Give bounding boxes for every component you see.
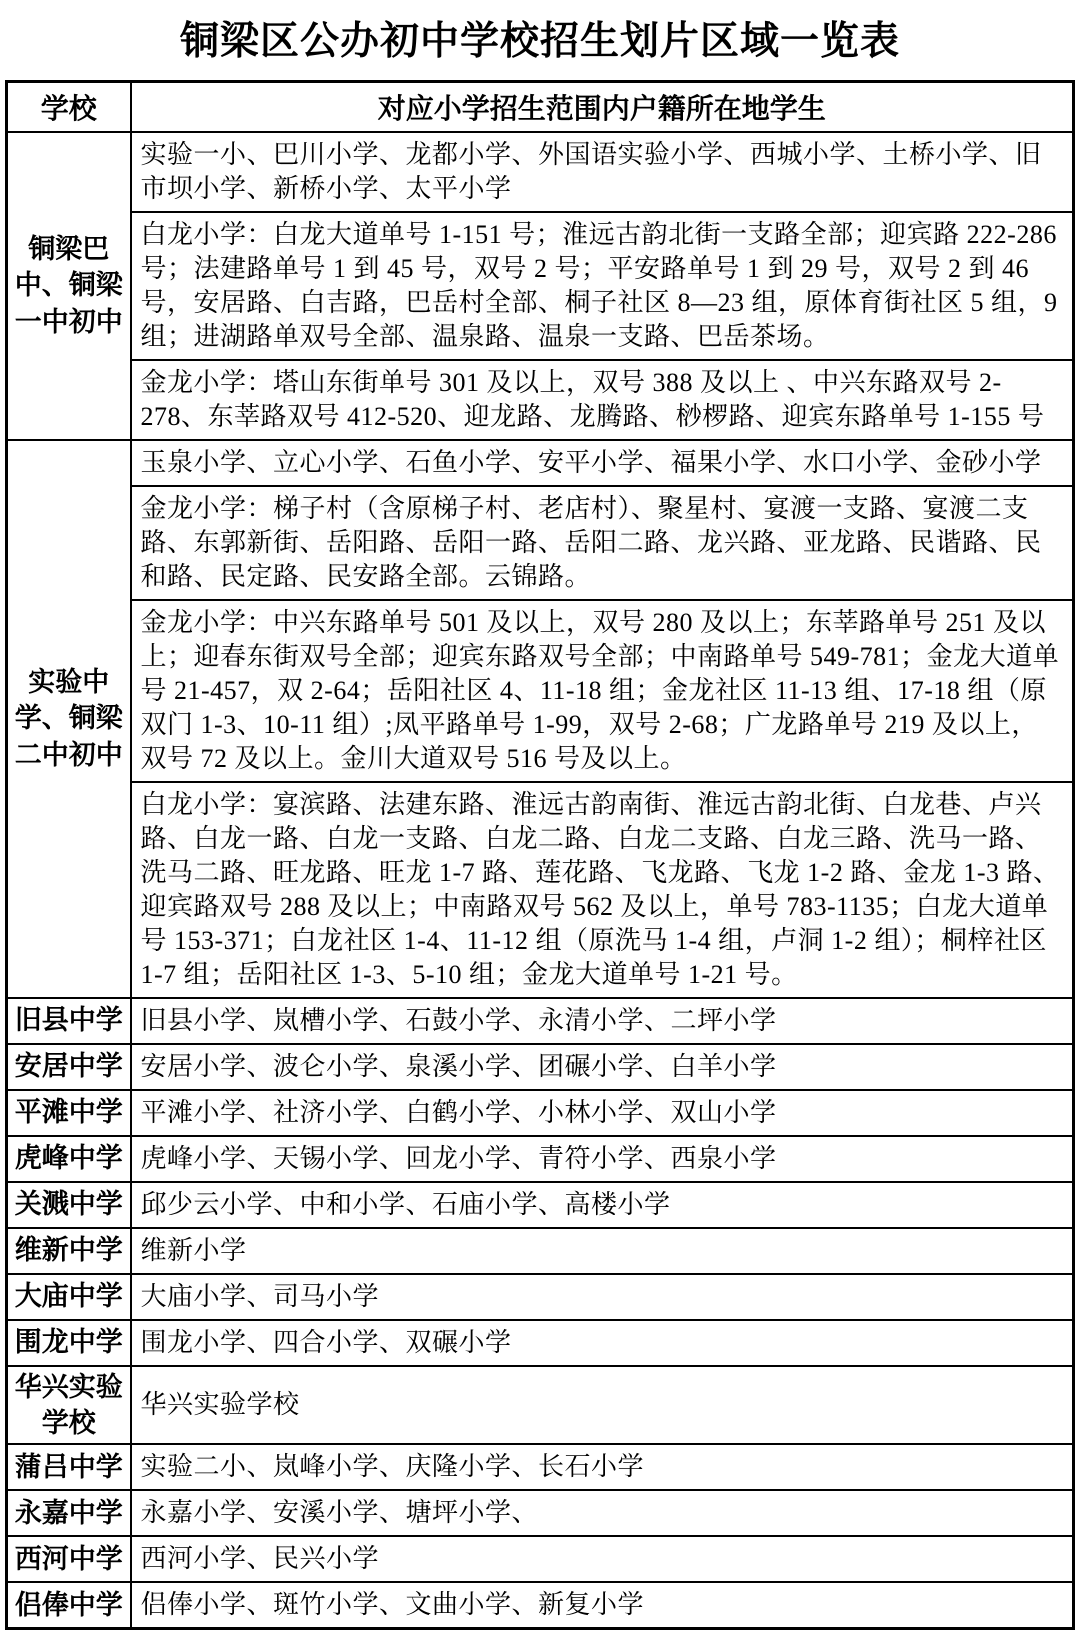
table-row: 维新中学维新小学 xyxy=(7,1228,1074,1274)
table-row: 平滩中学平滩小学、社济小学、白鹤小学、小林小学、双山小学 xyxy=(7,1090,1074,1136)
school-name: 蒲吕中学 xyxy=(7,1444,131,1490)
range-cell: 金龙小学：中兴东路单号 501 及以上，双号 280 及以上；东莘路单号 251… xyxy=(131,600,1074,782)
table-row: 大庙中学大庙小学、司马小学 xyxy=(7,1274,1074,1320)
range-cell: 白龙小学：宴滨路、法建东路、淮远古韵南街、淮远古韵北街、白龙巷、卢兴路、白龙一路… xyxy=(131,782,1074,998)
school-name: 铜梁巴中、铜梁一中初中 xyxy=(7,132,131,440)
school-zoning-table: 学校 对应小学招生范围内户籍所在地学生 铜梁巴中、铜梁一中初中实验一小、巴川小学… xyxy=(5,80,1075,1630)
header-row: 学校 对应小学招生范围内户籍所在地学生 xyxy=(7,82,1074,132)
table-row: 西河中学西河小学、民兴小学 xyxy=(7,1536,1074,1582)
range-cell: 白龙小学：白龙大道单号 1-151 号；淮远古韵北街一支路全部；迎宾路 222-… xyxy=(131,212,1074,360)
table-row: 虎峰中学虎峰小学、天锡小学、回龙小学、青符小学、西泉小学 xyxy=(7,1136,1074,1182)
table-row: 旧县中学旧县小学、岚槽小学、石鼓小学、永清小学、二坪小学 xyxy=(7,998,1074,1044)
range-cell: 平滩小学、社济小学、白鹤小学、小林小学、双山小学 xyxy=(131,1090,1074,1136)
table-row: 关溅中学邱少云小学、中和小学、石庙小学、高楼小学 xyxy=(7,1182,1074,1228)
school-name: 实验中学、铜梁二中初中 xyxy=(7,440,131,998)
school-name: 平滩中学 xyxy=(7,1090,131,1136)
table-header: 学校 对应小学招生范围内户籍所在地学生 xyxy=(7,82,1074,132)
school-name: 虎峰中学 xyxy=(7,1136,131,1182)
school-name: 侣俸中学 xyxy=(7,1582,131,1629)
range-cell: 西河小学、民兴小学 xyxy=(131,1536,1074,1582)
range-cell: 大庙小学、司马小学 xyxy=(131,1274,1074,1320)
range-cell: 永嘉小学、安溪小学、塘坪小学、 xyxy=(131,1490,1074,1536)
range-cell: 邱少云小学、中和小学、石庙小学、高楼小学 xyxy=(131,1182,1074,1228)
range-cell: 围龙小学、四合小学、双碾小学 xyxy=(131,1320,1074,1366)
range-cell: 实验二小、岚峰小学、庆隆小学、长石小学 xyxy=(131,1444,1074,1490)
table-row: 白龙小学：宴滨路、法建东路、淮远古韵南街、淮远古韵北街、白龙巷、卢兴路、白龙一路… xyxy=(7,782,1074,998)
range-cell: 维新小学 xyxy=(131,1228,1074,1274)
range-cell: 金龙小学：梯子村（含原梯子村、老店村）、聚星村、宴渡一支路、宴渡二支路、东郭新街… xyxy=(131,486,1074,600)
range-cell: 虎峰小学、天锡小学、回龙小学、青符小学、西泉小学 xyxy=(131,1136,1074,1182)
header-cell-school: 学校 xyxy=(7,82,131,132)
range-cell: 安居小学、波仑小学、泉溪小学、团碾小学、白羊小学 xyxy=(131,1044,1074,1090)
table-row: 华兴实验学校华兴实验学校 xyxy=(7,1366,1074,1445)
table-row: 金龙小学：梯子村（含原梯子村、老店村）、聚星村、宴渡一支路、宴渡二支路、东郭新街… xyxy=(7,486,1074,600)
table-body: 铜梁巴中、铜梁一中初中实验一小、巴川小学、龙都小学、外国语实验小学、西城小学、土… xyxy=(7,132,1074,1629)
school-name: 安居中学 xyxy=(7,1044,131,1090)
table-row: 永嘉中学永嘉小学、安溪小学、塘坪小学、 xyxy=(7,1490,1074,1536)
range-cell: 实验一小、巴川小学、龙都小学、外国语实验小学、西城小学、土桥小学、旧市坝小学、新… xyxy=(131,132,1074,212)
school-name: 关溅中学 xyxy=(7,1182,131,1228)
table-row: 金龙小学：中兴东路单号 501 及以上，双号 280 及以上；东莘路单号 251… xyxy=(7,600,1074,782)
range-cell: 金龙小学：塔山东街单号 301 及以上，双号 388 及以上 、中兴东路双号 2… xyxy=(131,360,1074,440)
table-row: 实验中学、铜梁二中初中玉泉小学、立心小学、石鱼小学、安平小学、福果小学、水口小学… xyxy=(7,440,1074,486)
school-name: 大庙中学 xyxy=(7,1274,131,1320)
range-cell: 旧县小学、岚槽小学、石鼓小学、永清小学、二坪小学 xyxy=(131,998,1074,1044)
table-row: 围龙中学围龙小学、四合小学、双碾小学 xyxy=(7,1320,1074,1366)
school-name: 维新中学 xyxy=(7,1228,131,1274)
range-cell: 玉泉小学、立心小学、石鱼小学、安平小学、福果小学、水口小学、金砂小学 xyxy=(131,440,1074,486)
header-cell-range: 对应小学招生范围内户籍所在地学生 xyxy=(131,82,1074,132)
school-name: 西河中学 xyxy=(7,1536,131,1582)
range-cell: 华兴实验学校 xyxy=(131,1366,1074,1445)
school-name: 围龙中学 xyxy=(7,1320,131,1366)
table-row: 金龙小学：塔山东街单号 301 及以上，双号 388 及以上 、中兴东路双号 2… xyxy=(7,360,1074,440)
table-row: 白龙小学：白龙大道单号 1-151 号；淮远古韵北街一支路全部；迎宾路 222-… xyxy=(7,212,1074,360)
table-row: 安居中学安居小学、波仑小学、泉溪小学、团碾小学、白羊小学 xyxy=(7,1044,1074,1090)
page-title: 铜梁区公办初中学校招生划片区域一览表 xyxy=(0,10,1080,66)
table-row: 铜梁巴中、铜梁一中初中实验一小、巴川小学、龙都小学、外国语实验小学、西城小学、土… xyxy=(7,132,1074,212)
table-row: 蒲吕中学实验二小、岚峰小学、庆隆小学、长石小学 xyxy=(7,1444,1074,1490)
table-row: 侣俸中学侣俸小学、斑竹小学、文曲小学、新复小学 xyxy=(7,1582,1074,1629)
school-name: 旧县中学 xyxy=(7,998,131,1044)
document-page: 铜梁区公办初中学校招生划片区域一览表 学校 对应小学招生范围内户籍所在地学生 铜… xyxy=(0,0,1080,1638)
school-name: 永嘉中学 xyxy=(7,1490,131,1536)
range-cell: 侣俸小学、斑竹小学、文曲小学、新复小学 xyxy=(131,1582,1074,1629)
school-name: 华兴实验学校 xyxy=(7,1366,131,1445)
